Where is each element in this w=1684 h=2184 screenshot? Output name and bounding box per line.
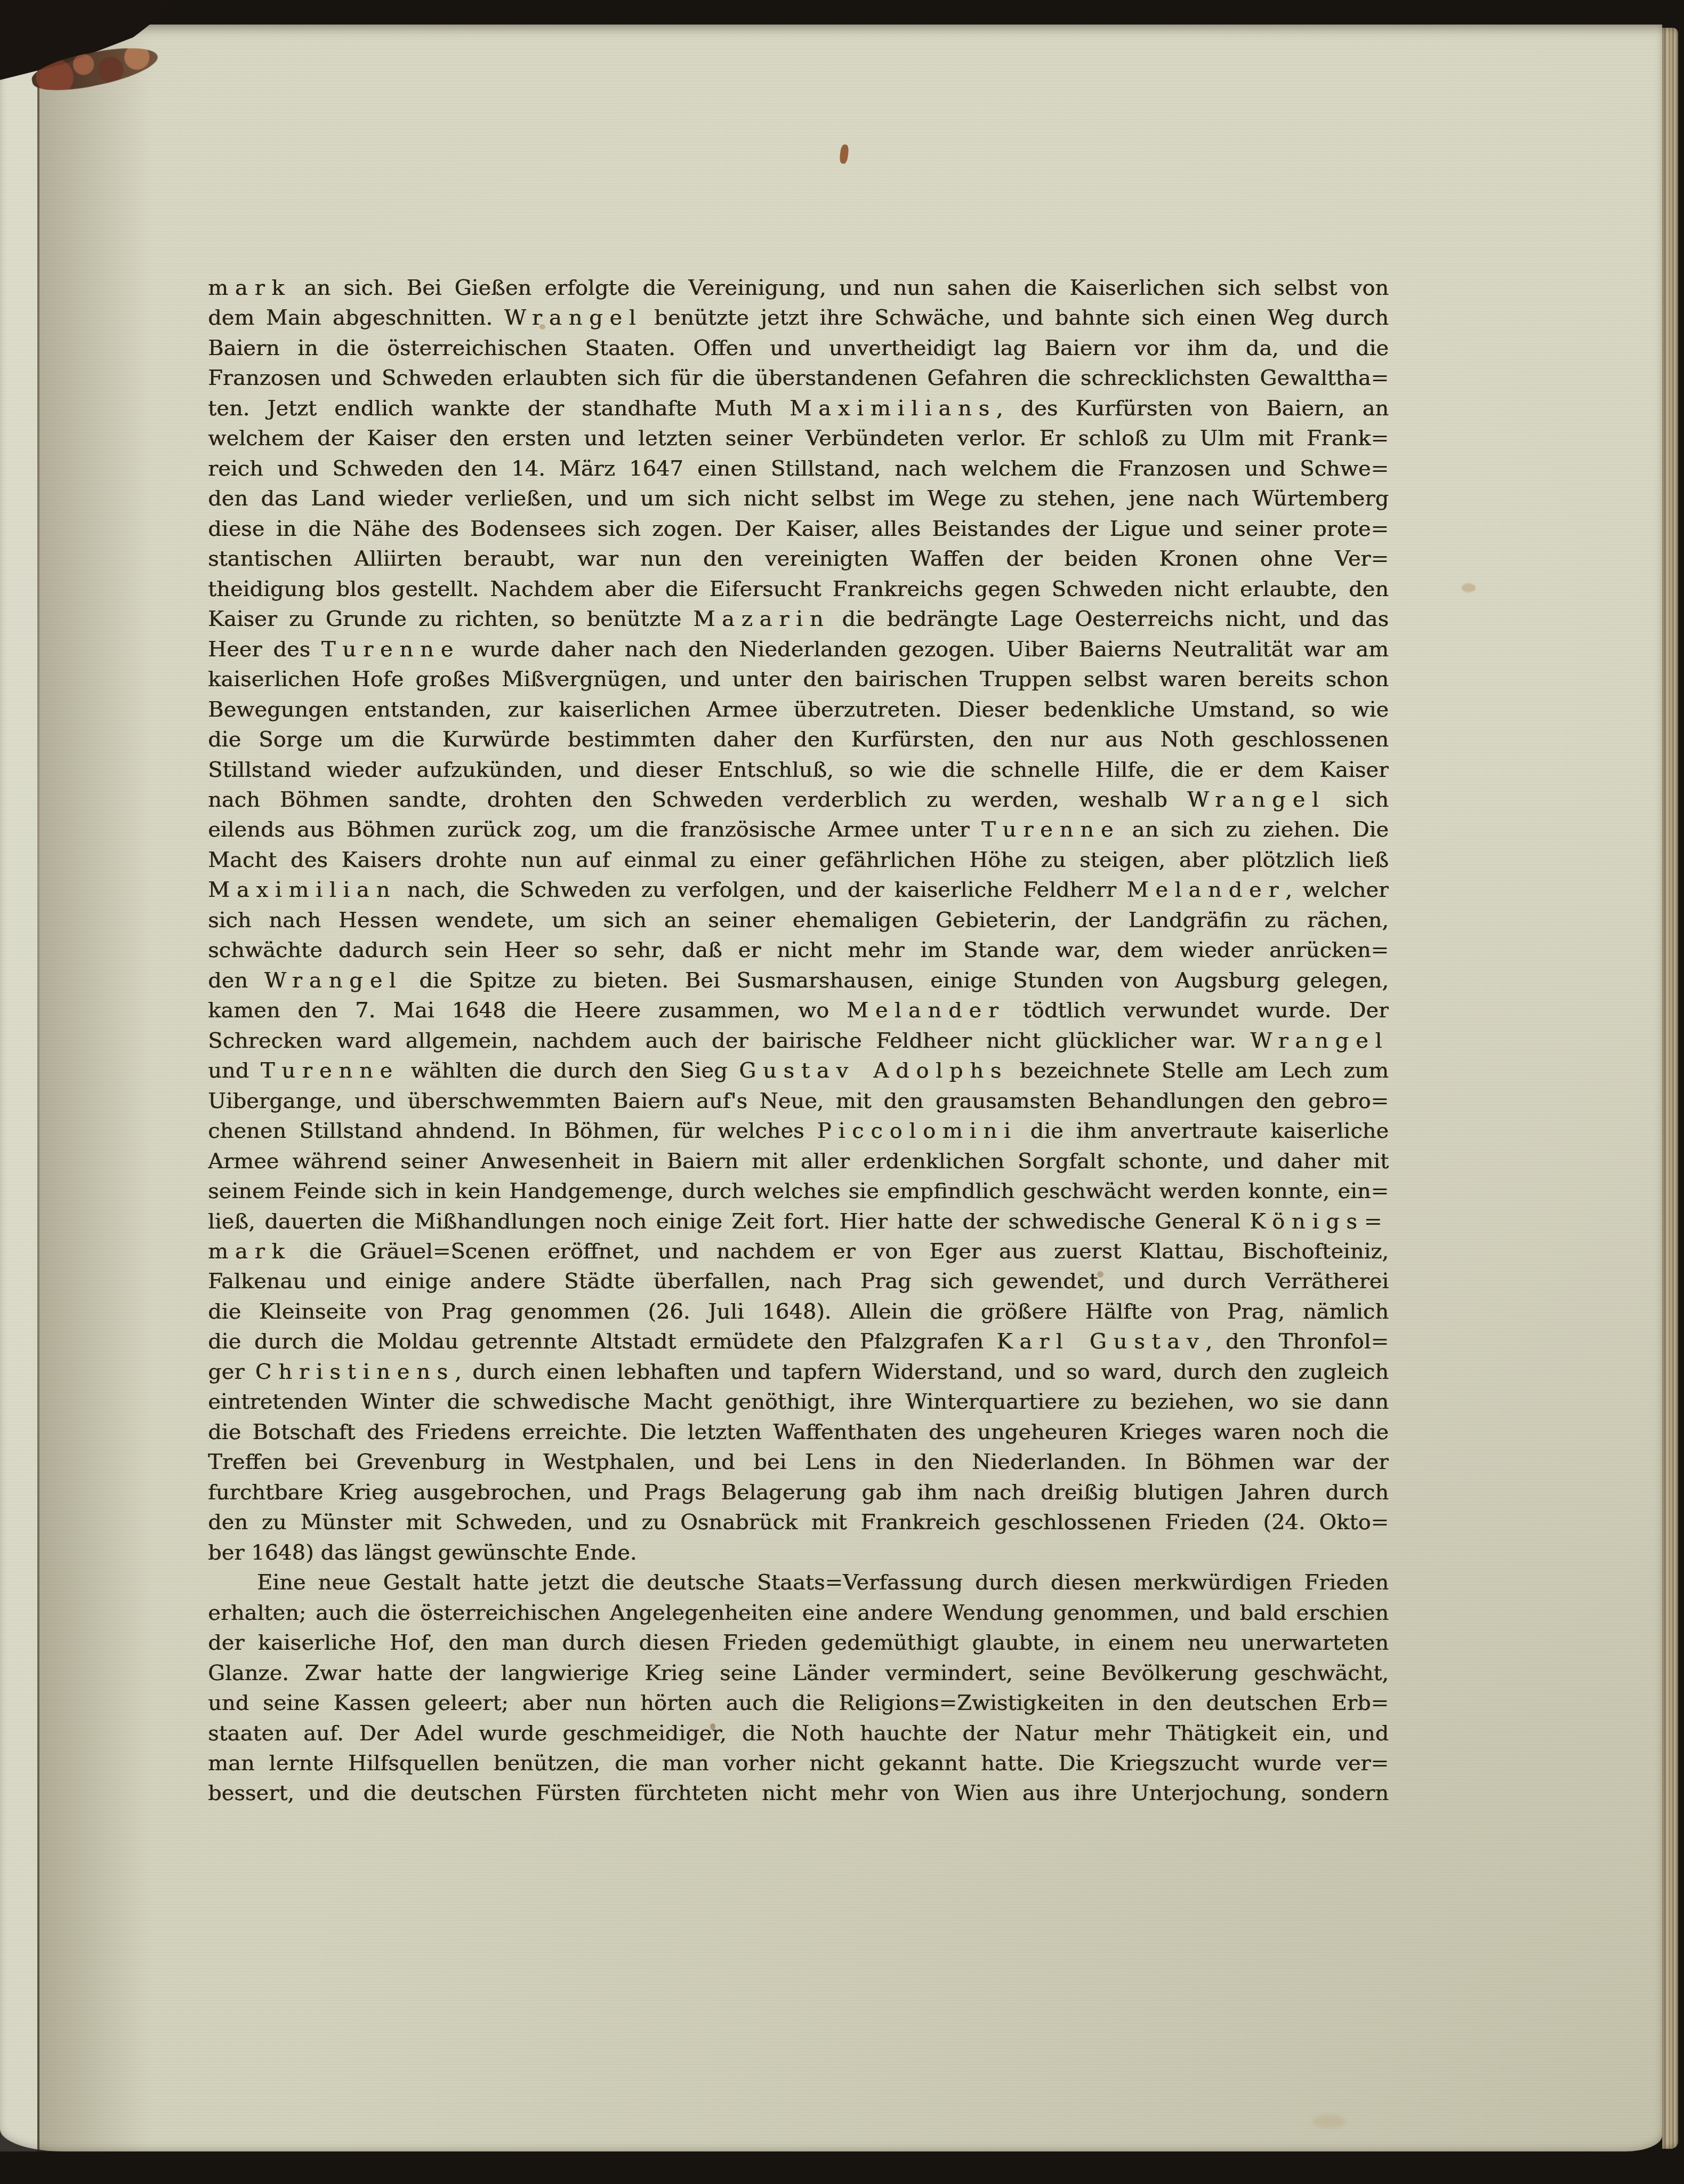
- text-line: ber 1648) das längst gewünschte Ende.: [208, 1538, 1389, 1568]
- text-run: erhalten; auch die österreichischen Ange…: [208, 1601, 1389, 1625]
- text-run: eintretenden Winter die schwedische Mach…: [208, 1390, 1389, 1414]
- text-line: Heer des Turenne wurde daher nach den Ni…: [208, 635, 1389, 664]
- text-run: den zu Münster mit Schweden, und zu Osna…: [208, 1510, 1389, 1535]
- text-run: theidigung blos gestellt. Nachdem aber d…: [208, 577, 1389, 601]
- text-line: Armee während seiner Anwesenheit in Baie…: [208, 1146, 1389, 1176]
- text-run: chenen Stillstand ahndend. In Böhmen, fü…: [208, 1119, 817, 1143]
- text-run: die Gräuel=Scenen eröffnet, und nachdem …: [291, 1239, 1389, 1264]
- text-line: Maximilian nach, die Schweden zu verfolg…: [208, 875, 1389, 905]
- text-line: und Turenne wählten die durch den Sieg G…: [208, 1056, 1389, 1086]
- text-run: den: [208, 968, 264, 993]
- text-line: ger Christinens, durch einen lebhaften u…: [208, 1357, 1389, 1387]
- text-line: Kaiser zu Grunde zu richten, so benützte…: [208, 604, 1389, 634]
- text-line: Uibergange, und überschwemmten Baiern au…: [208, 1086, 1389, 1116]
- text-line: staaten auf. Der Adel wurde geschmeidige…: [208, 1719, 1389, 1748]
- gutter-left-strip: [0, 25, 37, 2151]
- text-run: bezeichnete Stelle am Lech zum: [1008, 1058, 1389, 1083]
- text-run: ber 1648) das längst gewünschte Ende.: [208, 1540, 636, 1565]
- text-run: Treffen bei Grevenburg in Westphalen, un…: [208, 1450, 1389, 1474]
- text-run: und: [208, 1058, 261, 1083]
- spaced-name: Karl Gustav: [997, 1329, 1206, 1354]
- text-run: Heer des: [208, 637, 321, 662]
- text-run: kamen den 7. Mai 1648 die Heere zusammen…: [208, 998, 847, 1023]
- page-stack-edge: [1662, 28, 1678, 2149]
- text-run: Macht des Kaisers drohte nun auf einmal …: [208, 848, 1389, 872]
- text-run: , den Thronfol=: [1205, 1329, 1389, 1354]
- spaced-name: Wrangel: [1250, 1029, 1389, 1053]
- text-run: eilends aus Böhmen zurück zog, um die fr…: [208, 817, 981, 842]
- spaced-name: Wrangel: [264, 968, 403, 993]
- text-line: die Kleinseite von Prag genommen (26. Ju…: [208, 1297, 1389, 1327]
- text-run: die bedrängte Lage Oesterreichs nicht, u…: [830, 607, 1389, 631]
- text-run: nach, die Schweden zu verfolgen, und der…: [397, 878, 1126, 902]
- text-run: Uibergange, und überschwemmten Baiern au…: [208, 1089, 1389, 1113]
- text-line: Falkenau und einige andere Städte überfa…: [208, 1266, 1389, 1296]
- text-run: Schrecken ward allgemein, nachdem auch d…: [208, 1029, 1250, 1053]
- text-run: benützte jetzt ihre Schwäche, und bahnte…: [642, 306, 1389, 330]
- text-run: die Sorge um die Kurwürde bestimmten dah…: [208, 727, 1389, 752]
- text-run: tödtlich verwundet wurde. Der: [1005, 998, 1389, 1023]
- foxing-spot: [839, 144, 849, 164]
- text-run: stantischen Alliirten beraubt, war nun d…: [208, 547, 1389, 571]
- text-line: Bewegungen entstanden, zur kaiserlichen …: [208, 695, 1389, 725]
- text-line: welchem der Kaiser den ersten und letzte…: [208, 423, 1389, 453]
- text-line: den Wrangel die Spitze zu bieten. Bei Su…: [208, 966, 1389, 995]
- text-line: Treffen bei Grevenburg in Westphalen, un…: [208, 1447, 1389, 1477]
- text-run: die Botschaft des Friedens erreichte. Di…: [208, 1420, 1389, 1444]
- gutter-shadow: [39, 25, 151, 2151]
- text-run: an sich. Bei Gießen erfolgte die Vereini…: [291, 276, 1389, 300]
- text-run: staaten auf. Der Adel wurde geschmeidige…: [208, 1721, 1389, 1746]
- page-text-block: mark an sich. Bei Gießen erfolgte die Ve…: [208, 273, 1389, 1809]
- text-line: die Botschaft des Friedens erreichte. Di…: [208, 1417, 1389, 1447]
- spaced-name: Königs=: [1250, 1209, 1389, 1234]
- text-run: dem Main abgeschnitten.: [208, 306, 504, 330]
- spaced-name: Turenne: [321, 637, 460, 662]
- text-run: an sich zu ziehen. Die: [1120, 817, 1389, 842]
- text-run: reich und Schweden den 14. März 1647 ein…: [208, 456, 1389, 481]
- text-line: und seine Kassen geleert; aber nun hörte…: [208, 1688, 1389, 1718]
- text-line: ten. Jetzt endlich wankte der standhafte…: [208, 394, 1389, 423]
- text-run: bessert, und die deutschen Fürsten fürch…: [208, 1781, 1389, 1805]
- spaced-name: Turenne: [981, 817, 1120, 842]
- spaced-name: Melander: [1126, 878, 1285, 902]
- text-run: kaiserlichen Hofe großes Mißvergnügen, u…: [208, 667, 1389, 692]
- text-line: Franzosen und Schweden erlaubten sich fü…: [208, 363, 1389, 393]
- text-run: wurde daher nach den Niederlanden gezoge…: [460, 637, 1389, 662]
- text-run: Franzosen und Schweden erlaubten sich fü…: [208, 366, 1389, 390]
- text-line: kamen den 7. Mai 1648 die Heere zusammen…: [208, 995, 1389, 1025]
- text-run: sich: [1326, 788, 1389, 812]
- text-run: diese in die Nähe des Bodensees sich zog…: [208, 517, 1389, 541]
- text-run: Baiern in die österreichischen Staaten. …: [208, 336, 1389, 360]
- text-line: eintretenden Winter die schwedische Mach…: [208, 1387, 1389, 1417]
- text-run: furchtbare Krieg ausgebrochen, und Prags…: [208, 1480, 1389, 1505]
- text-line: Eine neue Gestalt hatte jetzt die deutsc…: [208, 1568, 1389, 1597]
- text-run: Falkenau und einige andere Städte überfa…: [208, 1269, 1389, 1294]
- text-run: ger: [208, 1360, 255, 1384]
- spaced-name: Christinens: [255, 1360, 455, 1384]
- text-line: kaiserlichen Hofe großes Mißvergnügen, u…: [208, 664, 1389, 694]
- text-run: ließ, dauerten die Mißhandlungen noch ei…: [208, 1209, 1250, 1234]
- text-line: den das Land wieder verließen, und um si…: [208, 484, 1389, 513]
- text-run: ten. Jetzt endlich wankte der standhafte…: [208, 396, 789, 421]
- text-line: sich nach Hessen wendete, um sich an sei…: [208, 905, 1389, 935]
- text-line: chenen Stillstand ahndend. In Böhmen, fü…: [208, 1116, 1389, 1146]
- spaced-name: mark: [208, 1239, 291, 1264]
- text-run: die Spitze zu bieten. Bei Susmarshausen,…: [402, 968, 1389, 993]
- text-line: schwächte dadurch sein Heer so sehr, daß…: [208, 935, 1389, 965]
- text-line: mark an sich. Bei Gießen erfolgte die Ve…: [208, 273, 1389, 303]
- text-line: ließ, dauerten die Mißhandlungen noch ei…: [208, 1207, 1389, 1236]
- text-line: bessert, und die deutschen Fürsten fürch…: [208, 1778, 1389, 1808]
- text-run: sich nach Hessen wendete, um sich an sei…: [208, 908, 1389, 933]
- text-line: Baiern in die österreichischen Staaten. …: [208, 333, 1389, 363]
- spaced-name: Mazarin: [693, 607, 830, 631]
- text-run: Eine neue Gestalt hatte jetzt die deutsc…: [257, 1570, 1389, 1595]
- spaced-name: Maximilians: [789, 396, 996, 421]
- text-run: der kaiserliche Hof, den man durch diese…: [208, 1631, 1389, 1655]
- spaced-name: Turenne: [261, 1058, 399, 1083]
- text-run: wählten die durch den Sieg: [399, 1058, 739, 1083]
- text-line: furchtbare Krieg ausgebrochen, und Prags…: [208, 1478, 1389, 1507]
- text-line: theidigung blos gestellt. Nachdem aber d…: [208, 574, 1389, 604]
- spaced-name: Wrangel: [1187, 788, 1326, 812]
- text-line: seinem Feinde sich in kein Handgemenge, …: [208, 1176, 1389, 1206]
- text-run: man lernte Hilfsquellen benützen, die ma…: [208, 1751, 1389, 1776]
- text-line: erhalten; auch die österreichischen Ange…: [208, 1598, 1389, 1628]
- text-line: man lernte Hilfsquellen benützen, die ma…: [208, 1748, 1389, 1778]
- text-run: , durch einen lebhaften und tapfern Wide…: [455, 1360, 1389, 1384]
- text-run: Glanze. Zwar hatte der langwierige Krieg…: [208, 1661, 1389, 1685]
- text-run: den das Land wieder verließen, und um si…: [208, 486, 1389, 511]
- text-line: der kaiserliche Hof, den man durch diese…: [208, 1628, 1389, 1658]
- text-run: Armee während seiner Anwesenheit in Baie…: [208, 1149, 1389, 1174]
- book-page: mark an sich. Bei Gießen erfolgte die Ve…: [0, 25, 1662, 2151]
- text-line: stantischen Alliirten beraubt, war nun d…: [208, 544, 1389, 574]
- text-run: , des Kurfürsten von Baiern, an: [996, 396, 1389, 421]
- text-run: Kaiser zu Grunde zu richten, so benützte: [208, 607, 693, 631]
- text-run: die durch die Moldau getrennte Altstadt …: [208, 1329, 997, 1354]
- text-line: eilends aus Böhmen zurück zog, um die fr…: [208, 815, 1389, 845]
- text-line: reich und Schweden den 14. März 1647 ein…: [208, 454, 1389, 484]
- text-line: die durch die Moldau getrennte Altstadt …: [208, 1327, 1389, 1356]
- spaced-name: Maximilian: [208, 878, 397, 902]
- text-line: nach Böhmen sandte, drohten den Schweden…: [208, 785, 1389, 815]
- text-line: Schrecken ward allgemein, nachdem auch d…: [208, 1026, 1389, 1056]
- foxing-spot: [1312, 2115, 1345, 2129]
- text-line: diese in die Nähe des Bodensees sich zog…: [208, 514, 1389, 544]
- text-run: und seine Kassen geleert; aber nun hörte…: [208, 1691, 1389, 1715]
- text-run: nach Böhmen sandte, drohten den Schweden…: [208, 788, 1187, 812]
- text-run: Stillstand wieder aufzukünden, und diese…: [208, 758, 1389, 782]
- text-run: welchem der Kaiser den ersten und letzte…: [208, 426, 1389, 451]
- text-line: die Sorge um die Kurwürde bestimmten dah…: [208, 725, 1389, 754]
- text-run: Bewegungen entstanden, zur kaiserlichen …: [208, 697, 1389, 722]
- spaced-name: Melander: [847, 998, 1005, 1023]
- text-run: die ihm anvertraute kaiserliche: [1017, 1119, 1389, 1143]
- text-line: Glanze. Zwar hatte der langwierige Krieg…: [208, 1658, 1389, 1688]
- text-line: dem Main abgeschnitten. Wrangel benützte…: [208, 303, 1389, 333]
- text-run: die Kleinseite von Prag genommen (26. Ju…: [208, 1299, 1389, 1324]
- text-line: den zu Münster mit Schweden, und zu Osna…: [208, 1507, 1389, 1537]
- text-line: Macht des Kaisers drohte nun auf einmal …: [208, 845, 1389, 875]
- text-run: schwächte dadurch sein Heer so sehr, daß…: [208, 938, 1389, 962]
- book-scan: mark an sich. Bei Gießen erfolgte die Ve…: [0, 0, 1684, 2184]
- text-run: seinem Feinde sich in kein Handgemenge, …: [208, 1179, 1389, 1203]
- spaced-name: Piccolomini: [817, 1119, 1018, 1143]
- text-line: mark die Gräuel=Scenen eröffnet, und nac…: [208, 1236, 1389, 1266]
- spaced-name: Wrangel: [504, 306, 643, 330]
- foxing-spot: [1462, 583, 1476, 592]
- spaced-name: Gustav Adolphs: [739, 1058, 1008, 1083]
- text-run: , welcher: [1285, 878, 1389, 902]
- spaced-name: mark: [208, 276, 291, 300]
- text-line: Stillstand wieder aufzukünden, und diese…: [208, 755, 1389, 785]
